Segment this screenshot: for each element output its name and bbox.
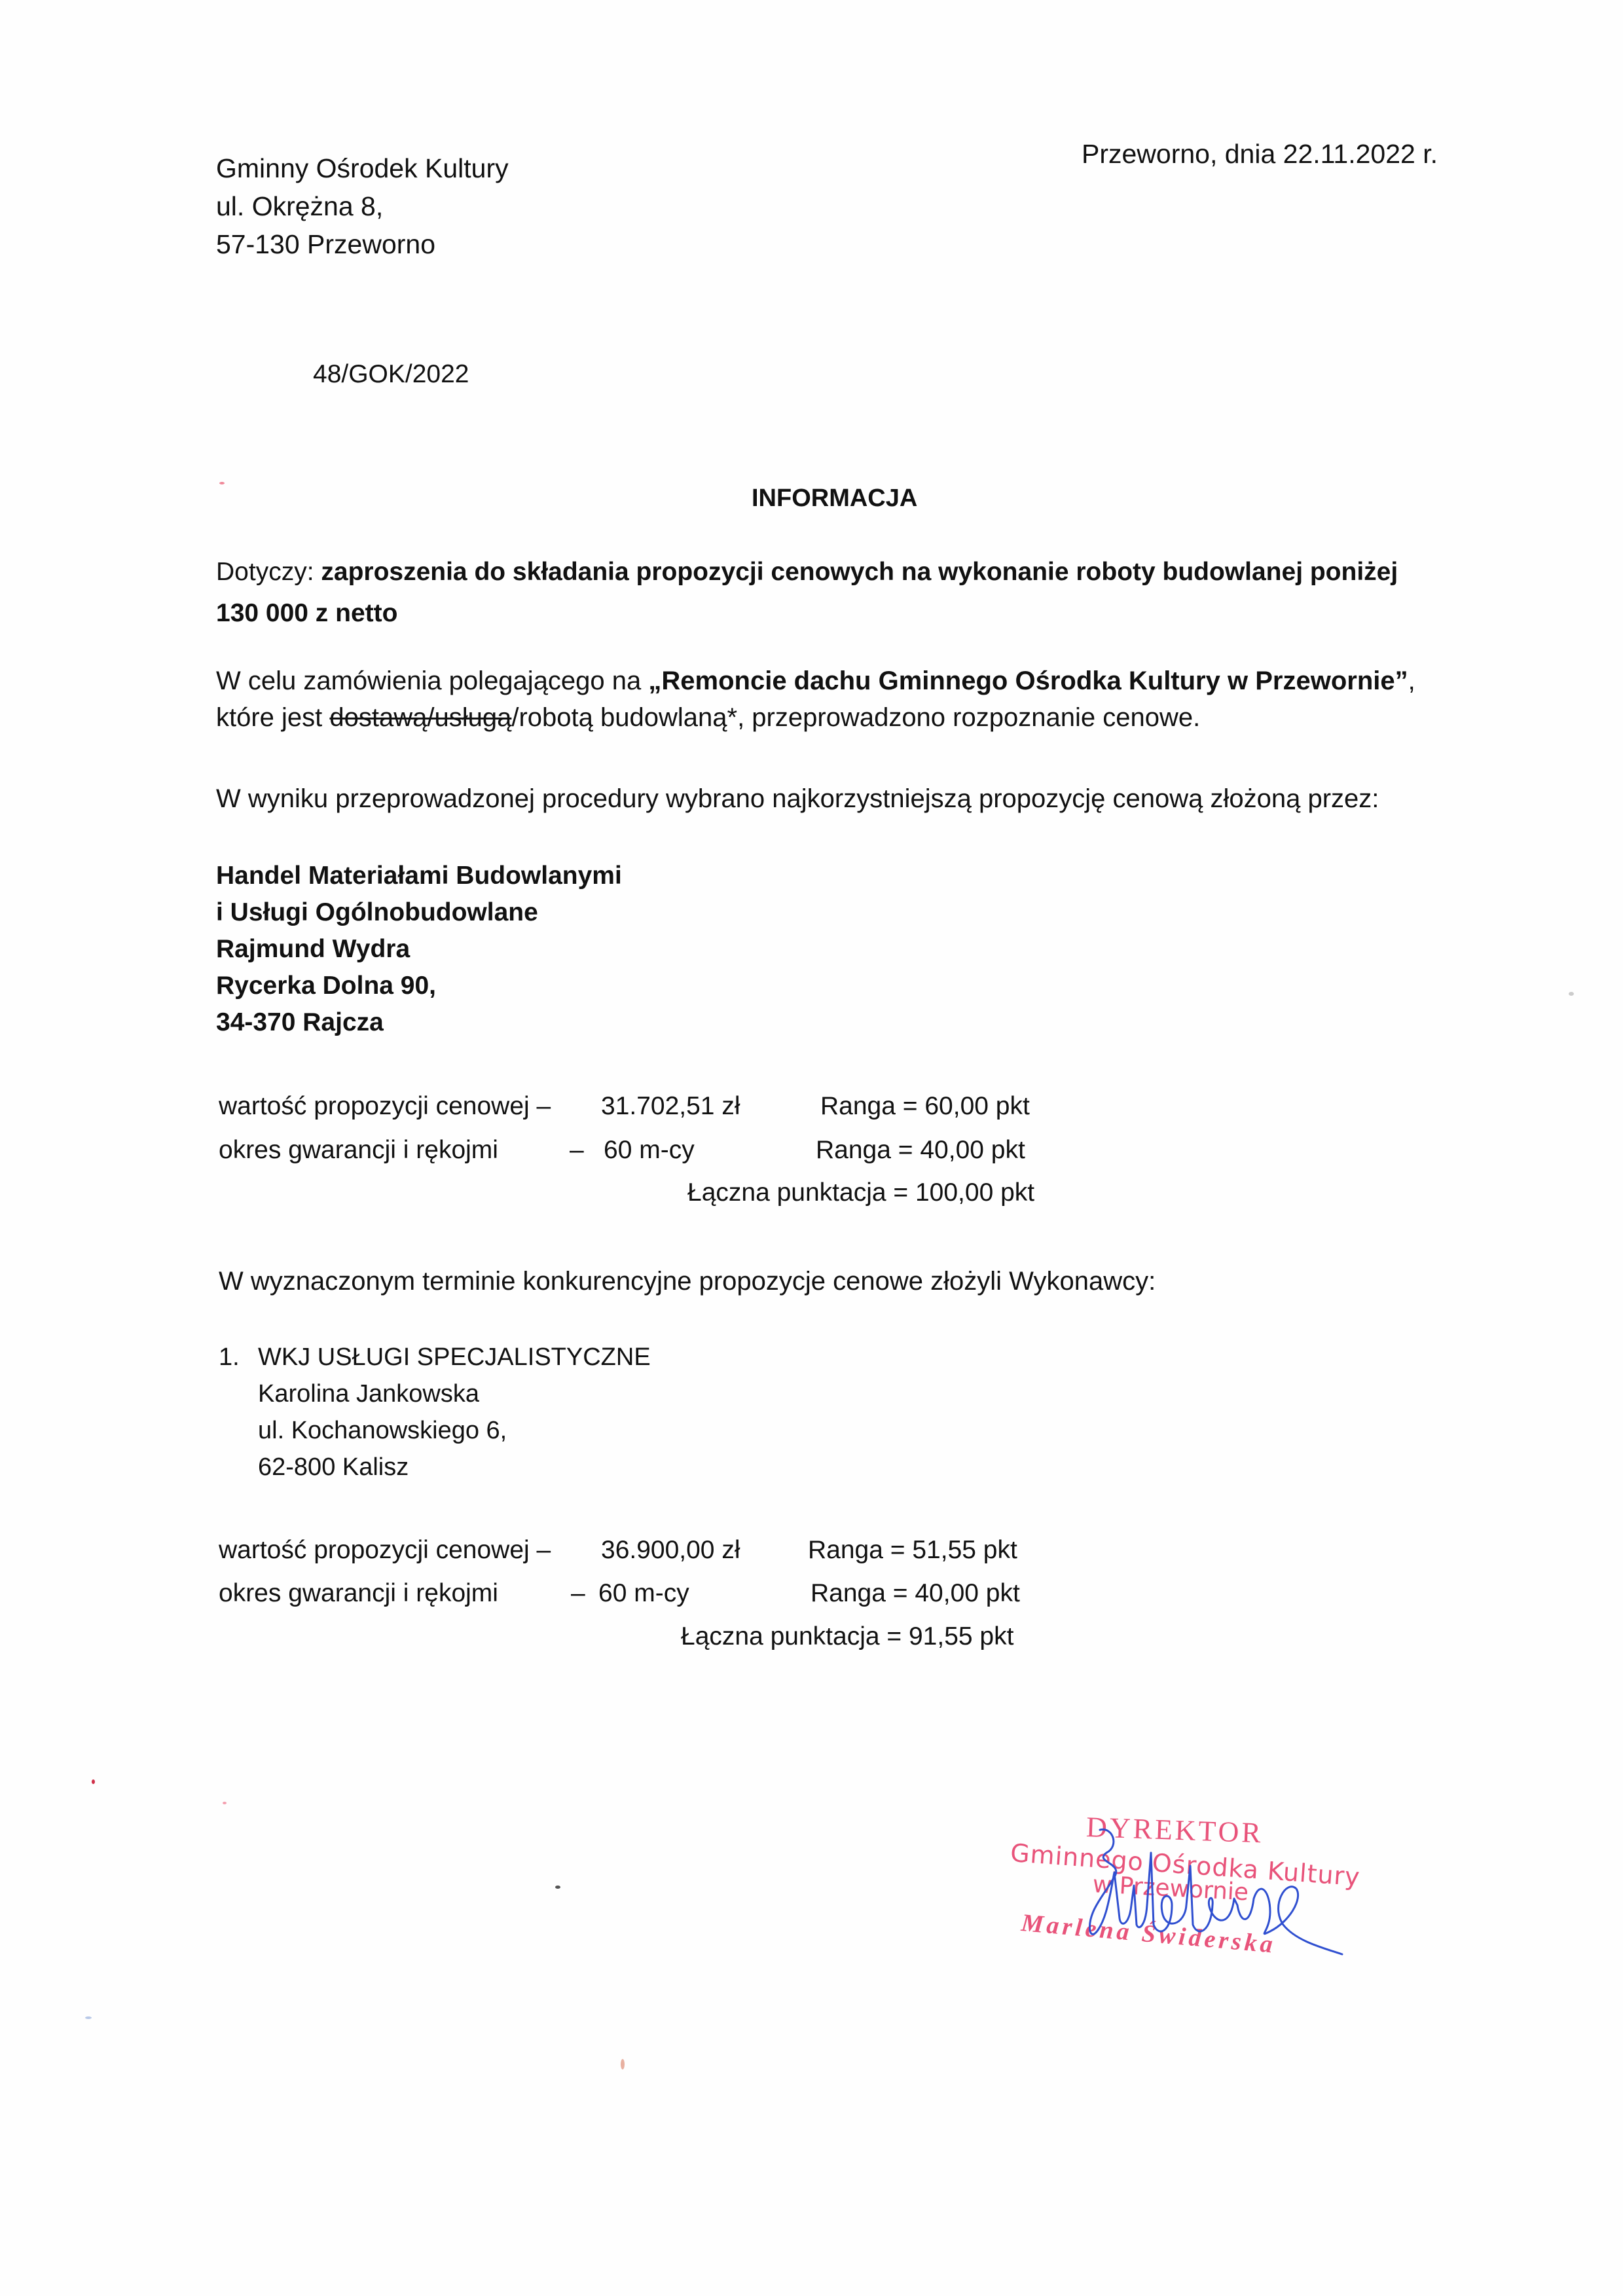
subject-threshold: 130 000 z netto [216, 599, 397, 627]
price-label: wartość propozycji cenowej – [219, 1092, 551, 1121]
paragraph-comma: , [1408, 666, 1415, 695]
place-date: Przeworno, dnia 22.11.2022 r. [1082, 139, 1438, 170]
selection-paragraph: W wyniku przeprowadzonej procedury wybra… [216, 784, 1379, 814]
bidder-number: 1. [219, 1339, 258, 1376]
struck-text: dostawą/usługą [329, 703, 511, 732]
warranty-label: okres gwarancji i rękojmi [219, 1579, 498, 1608]
paragraph-line2-suffix: /robotą budowlaną*, przeprowadzono rozpo… [511, 703, 1200, 732]
bidder-company: WKJ USŁUGI SPECJALISTYCZNE [258, 1343, 651, 1371]
procurement-paragraph: W celu zamówienia polegającego na „Remon… [216, 663, 1473, 736]
bidder-first-line: 1.WKJ USŁUGI SPECJALISTYCZNE [219, 1339, 651, 1376]
subject-text: zaproszenia do składania propozycji ceno… [321, 558, 1398, 586]
sender-address: Gminny Ośrodek Kultury ul. Okrężna 8, 57… [216, 149, 509, 263]
price-value: 36.900,00 zł [601, 1536, 740, 1565]
winner-line: Rajmund Wydra [216, 931, 622, 968]
winner-address: Handel Materiałami Budowlanymi i Usługi … [216, 858, 622, 1041]
paragraph-intro: W celu zamówienia polegającego na [216, 666, 648, 695]
subject-label: Dotyczy: [216, 558, 321, 586]
scan-speck [223, 1802, 227, 1804]
winner-line: 34-370 Rajcza [216, 1004, 622, 1041]
winner-line: Handel Materiałami Budowlanymi [216, 858, 622, 894]
warranty-label: okres gwarancji i rękojmi [219, 1136, 498, 1165]
warranty-rank: Ranga = 40,00 pkt [816, 1136, 1025, 1165]
document-page: Gminny Ośrodek Kultury ul. Okrężna 8, 57… [0, 0, 1623, 2296]
scan-speck [219, 482, 225, 484]
reference-number: 48/GOK/2022 [313, 360, 469, 389]
project-name: „Remoncie dachu Gminnego Ośrodka Kultury… [648, 666, 1408, 695]
warranty-dash: – [570, 1136, 584, 1165]
price-rank: Ranga = 51,55 pkt [808, 1536, 1017, 1565]
warranty-dash: – [571, 1579, 585, 1608]
signature-icon [1074, 1827, 1349, 1958]
paragraph-line2-prefix: które jest [216, 703, 329, 732]
sender-street: ul. Okrężna 8, [216, 187, 509, 225]
scan-speck [1569, 992, 1574, 996]
warranty-rank: Ranga = 40,00 pkt [811, 1579, 1020, 1608]
scan-speck [555, 1886, 560, 1889]
scan-speck [92, 1779, 95, 1784]
sender-city: 57-130 Przeworno [216, 225, 509, 263]
scan-speck [85, 2016, 92, 2019]
bidder-address: 1.WKJ USŁUGI SPECJALISTYCZNE Karolina Ja… [219, 1339, 651, 1485]
bidder-line: Karolina Jankowska [219, 1376, 651, 1412]
scan-speck [621, 2059, 625, 2069]
warranty-value: 60 m-cy [598, 1579, 689, 1608]
winner-line: Rycerka Dolna 90, [216, 968, 622, 1004]
price-rank: Ranga = 60,00 pkt [820, 1092, 1030, 1121]
price-value: 31.702,51 zł [601, 1092, 740, 1121]
document-title: INFORMACJA [752, 484, 917, 513]
sender-name: Gminny Ośrodek Kultury [216, 149, 509, 187]
price-label: wartość propozycji cenowej – [219, 1536, 551, 1565]
competitors-paragraph: W wyznaczonym terminie konkurencyjne pro… [219, 1267, 1156, 1296]
warranty-value: 60 m-cy [604, 1136, 695, 1165]
subject: Dotyczy: zaproszenia do składania propoz… [216, 551, 1460, 634]
total-score: Łączna punktacja = 91,55 pkt [681, 1622, 1013, 1651]
winner-line: i Usługi Ogólnobudowlane [216, 894, 622, 931]
bidder-line: ul. Kochanowskiego 6, [219, 1412, 651, 1449]
bidder-line: 62-800 Kalisz [219, 1449, 651, 1485]
total-score: Łączna punktacja = 100,00 pkt [687, 1178, 1034, 1207]
